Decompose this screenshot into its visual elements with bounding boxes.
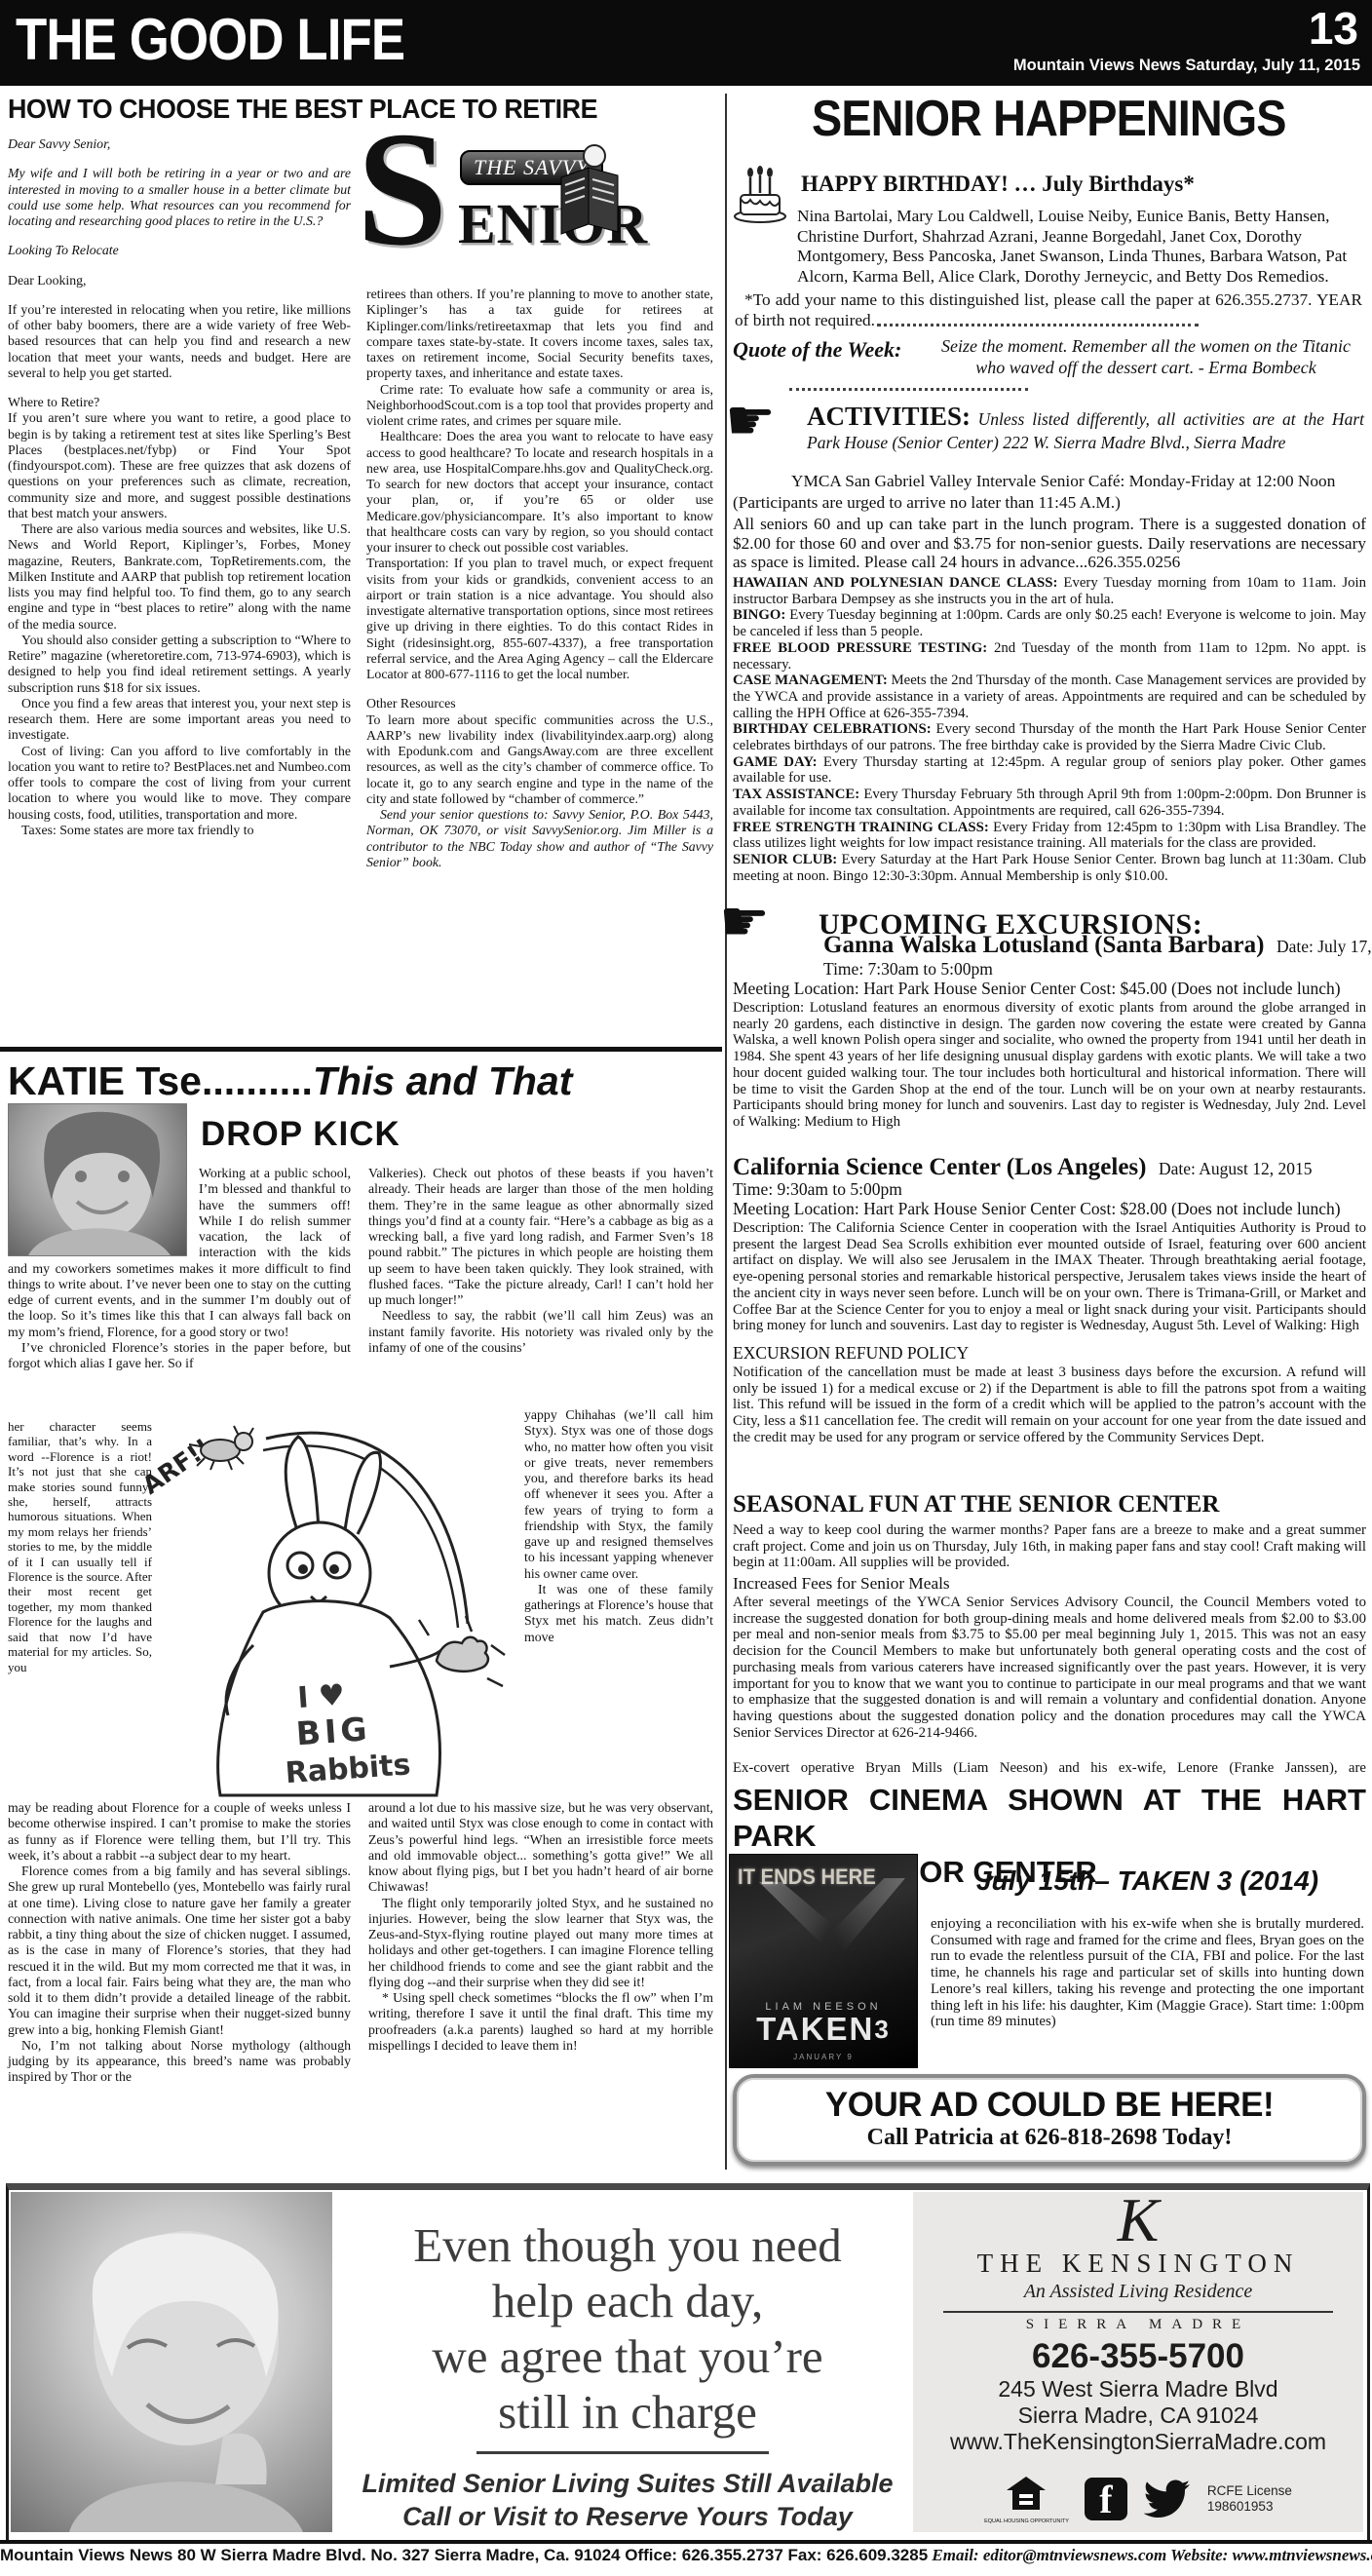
birthday-heading: HAPPY BIRTHDAY! … July Birthdays* (801, 172, 1195, 197)
reserve-line: Call or Visit to Reserve Yours Today (340, 2500, 915, 2533)
ymca-line: (Participants are urged to arrive no lat… (733, 493, 1121, 513)
article-paragraph: You should also consider getting a subsc… (8, 633, 351, 696)
article-paragraph: Dear Looking, (8, 273, 351, 288)
article-paragraph: yappy Chihahas (we’ll call him Styx). St… (524, 1407, 713, 1582)
svg-text:I ♥: I ♥ (296, 1678, 346, 1715)
quote-line: we agree that you’re (340, 2328, 915, 2384)
poster-date: JANUARY 9 (730, 2053, 917, 2061)
equal-housing-icon: EQUAL HOUSING OPPORTUNITY (984, 2475, 1069, 2524)
happenings-title: SENIOR HAPPENINGS (733, 90, 1364, 148)
savvy-senior-logo: S THE SAVVY ENIOR (359, 136, 624, 283)
byline-name: KATIE Tse (8, 1058, 202, 1103)
article-subhead: Other Resources (366, 696, 713, 711)
issue-line: Mountain Views News Saturday, July 11, 2… (1013, 57, 1360, 75)
kensington-phone: 626-355-5700 (913, 2337, 1363, 2376)
activity-item: FREE STRENGTH TRAINING CLASS: Every Frid… (733, 820, 1366, 852)
article-paragraph: Transportation: If you plan to travel mu… (366, 556, 713, 682)
article-paragraph: * Using spell check sometimes “blocks th… (368, 1990, 713, 2054)
facebook-icon: f (1085, 2478, 1127, 2520)
film-description: enjoying a reconciliation with his ex-wi… (931, 1916, 1364, 2030)
footer-rule (0, 2540, 1372, 2544)
license-text: RCFE License198601953 (1207, 2483, 1292, 2515)
article-paragraph: My wife and I will both be retiring in a… (8, 166, 351, 229)
article-paragraph: retirees than others. If you’re planning… (366, 287, 713, 382)
section-title: THE GOOD LIFE (16, 6, 404, 73)
ymca-line: YMCA San Gabriel Valley Intervale Senior… (791, 472, 1335, 491)
pointing-hand-icon: ☛ (725, 392, 776, 448)
seasonal-title: SEASONAL FUN AT THE SENIOR CENTER (733, 1491, 1219, 1519)
excursion-time: Time: 9:30am to 5:00pm (733, 1179, 902, 1200)
pointing-hand-icon: ☛ (719, 893, 770, 949)
activity-item: GAME DAY: Every Thursday starting at 12:… (733, 754, 1366, 787)
house-ad-line2: Call Patricia at 626-818-2698 Today! (737, 2125, 1362, 2151)
kensington-brand: THE KENSINGTON (913, 2249, 1363, 2279)
activity-item: FREE BLOOD PRESSURE TESTING: 2nd Tuesday… (733, 640, 1366, 673)
activity-item: BINGO: Every Tuesday beginning at 1:00pm… (733, 607, 1366, 639)
newspaper-reader-icon (555, 140, 628, 238)
poster-tagline: IT ENDS HERE (738, 1865, 876, 1890)
quote-line: still in charge (340, 2384, 915, 2440)
dotted-divider (789, 388, 1028, 391)
page-header: THE GOOD LIFE 13 Mountain Views News Sat… (0, 0, 1372, 86)
kensington-city: SIERRA MADRE (913, 2317, 1363, 2333)
article-paragraph: Cost of living: Can you afford to live c… (8, 744, 351, 823)
article-paragraph: may be reading about Florence for a coup… (8, 1800, 351, 1864)
equal-housing-label: EQUAL HOUSING OPPORTUNITY (984, 2518, 1069, 2524)
kensington-info-panel: K THE KENSINGTON An Assisted Living Resi… (913, 2192, 1363, 2532)
dotted-divider (877, 324, 1199, 327)
film-heading: July 15th– TAKEN 3 (2014) (931, 1865, 1364, 1897)
excursion-description: Description: Lotusland features an enorm… (733, 1000, 1366, 1131)
katie-byline: KATIE Tse..........This and That (8, 1058, 572, 1104)
activities-heading: ACTIVITIES: Unless listed differently, a… (807, 402, 1364, 453)
excursion-time: Time: 7:30am to 5:00pm (823, 959, 993, 980)
katie-column-2-bottom: around a lot due to his massive size, bu… (368, 1800, 713, 2054)
page-footer: Mountain Views News 80 W Sierra Madre Bl… (0, 2546, 1372, 2565)
quote-line: Even though you need (340, 2217, 915, 2273)
article-paragraph: Once you find a few areas that interest … (8, 696, 351, 744)
article-paragraph: It was one of these family gatherings at… (524, 1582, 713, 1645)
article-paragraph: Taxes: Some states are more tax friendly… (8, 823, 351, 838)
ymca-paragraph: All seniors 60 and up can take part in t… (733, 515, 1366, 572)
excursion-date: Date: July 17, 2015 (1277, 937, 1372, 956)
article-paragraph: her character seems familiar, that’s why… (8, 1419, 152, 1674)
kensington-address1: 245 West Sierra Madre Blvd (913, 2376, 1363, 2403)
article-paragraph: No, I’m not talking about Norse mytholog… (8, 2038, 351, 2086)
article-paragraph: I’ve chronicled Florence’s stories in th… (8, 1340, 351, 1372)
savvy-headline: HOW TO CHOOSE THE BEST PLACE TO RETIRE (8, 94, 681, 125)
article-paragraph: If you’re interested in relocating when … (8, 302, 351, 381)
kensington-photo (11, 2192, 332, 2532)
excursion-date: Date: August 12, 2015 (1159, 1159, 1313, 1178)
activity-item: SENIOR CLUB: Every Saturday at the Hart … (733, 852, 1366, 884)
savvy-column-2: retirees than others. If you’re planning… (366, 287, 713, 870)
article-paragraph: Florence comes from a big family and has… (8, 1864, 351, 2038)
quote-of-week: Seize the moment. Remember all the women… (928, 335, 1364, 378)
activity-item: BIRTHDAY CELEBRATIONS: Every second Thur… (733, 721, 1366, 753)
quote-line: help each day, (340, 2273, 915, 2328)
article-paragraph: Healthcare: Does the area you want to re… (366, 429, 713, 556)
katie-article-title: DROP KICK (201, 1115, 400, 1154)
house-ad-line1: YOUR AD COULD BE HERE! (737, 2086, 1362, 2125)
poster-title: TAKEN3 (730, 2011, 917, 2048)
suites-line: Limited Senior Living Suites Still Avail… (340, 2467, 915, 2500)
excursion-meeting: Meeting Location: Hart Park House Senior… (733, 979, 1341, 999)
article-paragraph: Valkeries). Check out photos of these be… (368, 1166, 713, 1308)
article-subhead: Where to Retire? (8, 395, 351, 410)
cinema-title-line1: SENIOR CINEMA SHOWN AT THE HART PARK (733, 1782, 1366, 1854)
kensington-k-logo: K (913, 2192, 1363, 2249)
article-paragraph: Needless to say, the rabbit (we’ll call … (368, 1308, 713, 1356)
kensington-ad: Even though you need help each day, we a… (6, 2183, 1370, 2544)
twitter-icon (1143, 2479, 1192, 2519)
rabbit-cartoon: ARF!! I ♥ BIG Rabbits (144, 1411, 524, 1797)
quote-label: Quote of the Week: (733, 337, 901, 363)
savvy-column-1: Dear Savvy Senior, My wife and I will bo… (8, 136, 351, 838)
birthday-names: Nina Bartolai, Mary Lou Caldwell, Louise… (733, 207, 1366, 287)
logo-letter-s: S (357, 107, 447, 271)
kensington-quote: Even though you need help each day, we a… (340, 2217, 915, 2440)
divider (476, 2451, 769, 2454)
divider (943, 2311, 1333, 2313)
excursion-title: Ganna Walska Lotusland (Santa Barbara) D… (823, 932, 1372, 959)
photo-spacer (8, 1166, 199, 1255)
byline-dots: .......... (202, 1058, 313, 1103)
activity-item: HAWAIIAN AND POLYNESIAN DANCE CLASS: Eve… (733, 575, 1366, 607)
kensington-subtext: Limited Senior Living Suites Still Avail… (340, 2467, 915, 2533)
svg-text:BIG: BIG (295, 1710, 372, 1752)
page-number: 13 (1309, 2, 1358, 55)
seasonal-subhead: Increased Fees for Senior Meals (733, 1574, 950, 1594)
refund-policy-text: Notification of the cancellation must be… (733, 1365, 1366, 1446)
kensington-tagline: An Assisted Living Residence (913, 2281, 1363, 2303)
article-paragraph: Crime rate: To evaluate how safe a commu… (366, 382, 713, 430)
article-paragraph: To learn more about specific communities… (366, 712, 713, 808)
excursion-description: Description: The California Science Cent… (733, 1220, 1366, 1334)
taken3-poster: IT ENDS HERE LIAM NEESON TAKEN3 JANUARY … (729, 1854, 918, 2068)
activity-item: CASE MANAGEMENT: Meets the 2nd Thursday … (733, 673, 1366, 721)
kicking-foot (437, 1637, 488, 1672)
newspaper-page: THE GOOD LIFE 13 Mountain Views News Sat… (0, 0, 1372, 2576)
house-ad-box: YOUR AD COULD BE HERE! Call Patricia at … (733, 2074, 1366, 2166)
footer-email-web: Email: editor@mtnviewsnews.com Website: … (932, 2546, 1372, 2564)
katie-column-2-top: Valkeries). Check out photos of these be… (368, 1166, 713, 1356)
katie-column-1-top: Working at a public school, I’m blessed … (8, 1166, 351, 1371)
cartoon-rabbit: I ♥ BIG Rabbits (218, 1437, 505, 1795)
article-paragraph: Dear Savvy Senior, (8, 136, 351, 152)
footer-contact: Mountain Views News 80 W Sierra Madre Bl… (0, 2546, 928, 2564)
seasonal-paragraph: Need a way to keep cool during the warme… (733, 1522, 1366, 1571)
katie-column-2-narrow: yappy Chihahas (we’ll call him Styx). St… (524, 1407, 713, 1645)
article-paragraph: Looking To Relocate (8, 243, 351, 258)
article-paragraph: If you aren’t sure where you want to ret… (8, 410, 351, 521)
byline-title: This and That (313, 1058, 573, 1103)
activity-item: TAX ASSISTANCE: Every Thursday February … (733, 787, 1366, 819)
section-divider (0, 1047, 722, 1052)
excursion-title: California Science Center (Los Angeles) … (733, 1154, 1312, 1181)
article-paragraph: There are also various media sources and… (8, 521, 351, 633)
cinema-lead-in: Ex-covert operative Bryan Mills (Liam Ne… (733, 1760, 1366, 1777)
katie-column-1-narrow: her character seems familiar, that’s why… (8, 1419, 152, 1674)
refund-policy-title: EXCURSION REFUND POLICY (733, 1343, 969, 1364)
article-paragraph: Send your senior questions to: Savvy Sen… (366, 807, 713, 870)
kensington-address2: Sierra Madre, CA 91024 (913, 2403, 1363, 2429)
article-paragraph: around a lot due to his massive size, bu… (368, 1800, 713, 1896)
excursion-meeting: Meeting Location: Hart Park House Senior… (733, 1199, 1341, 1219)
kensington-url: www.TheKensingtonSierraMadre.com (913, 2429, 1363, 2455)
activities-list: HAWAIIAN AND POLYNESIAN DANCE CLASS: Eve… (733, 575, 1366, 884)
activities-label: ACTIVITIES: (807, 402, 971, 431)
katie-column-1-bottom: may be reading about Florence for a coup… (8, 1800, 351, 2086)
article-paragraph: The flight only temporarily jolted Styx,… (368, 1896, 713, 1991)
seasonal-paragraph: After several meetings of the YWCA Senio… (733, 1595, 1366, 1741)
quote-attribution: - Erma Bombeck (1199, 358, 1316, 377)
